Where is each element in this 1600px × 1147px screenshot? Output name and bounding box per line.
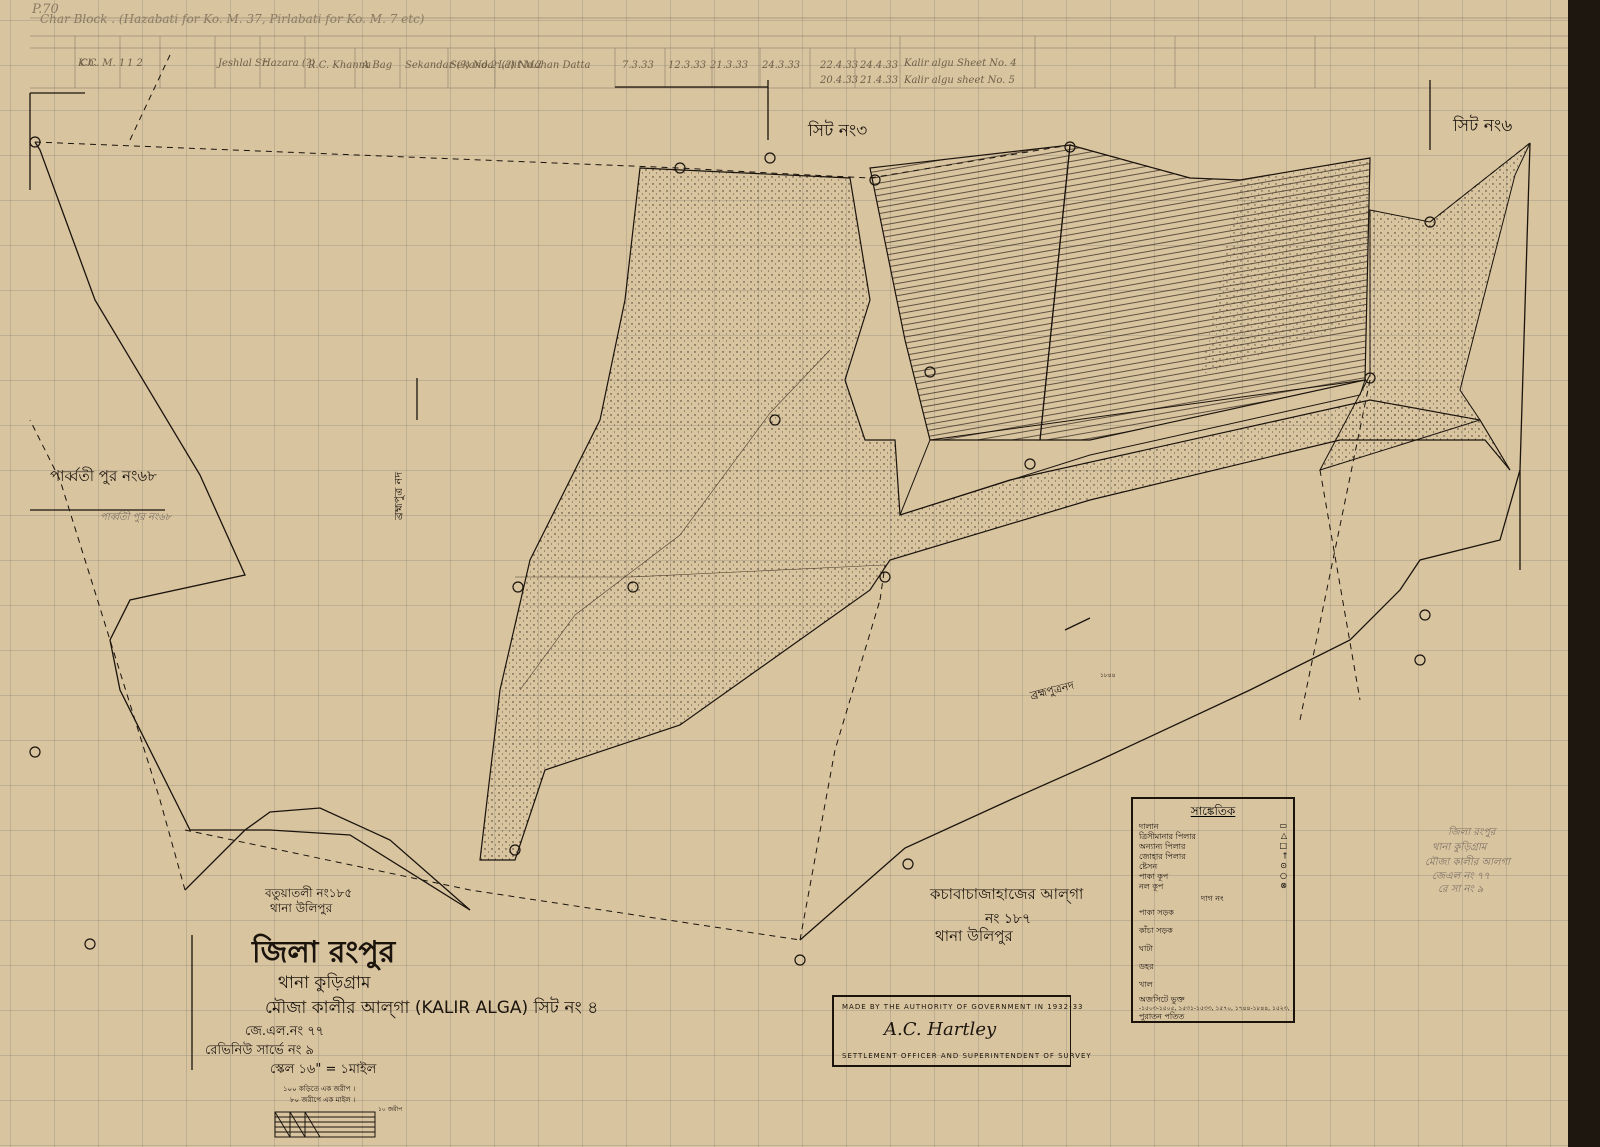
map-legend: সাঙ্কেতিক দালান ▭ ত্রিসীমানার পিলার △ অন…	[1131, 797, 1295, 1023]
adjacent-mouza-west: পার্ব্বতী পুর নং৬৮	[50, 465, 157, 490]
river-label-vertical: ব্রহ্মপুত্র নদ	[390, 472, 409, 520]
legend-label: অন্যান্য পিলার	[1139, 842, 1185, 851]
authority-box: MADE BY THE AUTHORITY OF GOVERNMENT IN 1…	[832, 995, 1071, 1067]
river-plot-number: ১৮৪৪	[1100, 670, 1116, 681]
scale-statement: স্কেল ১৬" = ১মাইল	[270, 1060, 376, 1081]
building-icon: ▭	[1279, 821, 1287, 830]
signature: A.C. Hartley	[884, 1019, 996, 1040]
legend-pucca-road: পাকা সড়ক	[1139, 907, 1174, 920]
scale-note-2: ৮০ জরীপে এক মাইল ।	[290, 1094, 355, 1106]
station-icon: ⊙	[1280, 861, 1287, 870]
tube-well-icon: ⊗	[1280, 881, 1287, 890]
legend-title: সাঙ্কেতিক	[1133, 803, 1293, 823]
legend-kutcha-road: কাঁচা সড়ক	[1139, 925, 1173, 938]
pencil-note-west: পার্ব্বতী পুর নং৬৮	[100, 510, 171, 527]
revenue-survey-number: রেভিনিউ সার্ভে নং ৯	[205, 1041, 314, 1062]
legend-dahar: ডহর	[1139, 961, 1154, 974]
scale-bar	[275, 1112, 375, 1137]
authority-line-1: MADE BY THE AUTHORITY OF GOVERNMENT IN 1…	[842, 1003, 1084, 1011]
square-icon: □	[1279, 841, 1287, 850]
map-sheet: P.70 Char Block . (Hazabati for Ko. M. 3…	[0, 0, 1568, 1147]
authority-line-2: SETTLEMENT OFFICER AND SUPERINTENDENT OF…	[842, 1052, 1092, 1060]
legend-label: ত্রিসীমানার পিলার	[1139, 832, 1196, 841]
legend-ghat: ঘাটা	[1139, 943, 1153, 956]
triangle-icon: △	[1281, 831, 1287, 840]
dagger-icon: †	[1283, 851, 1287, 860]
scale-bar-label: ১০ জরীপ	[378, 1104, 402, 1115]
adjacent-thana-southwest: থানা উলিপুর	[270, 900, 332, 920]
scan-border	[1568, 0, 1600, 1147]
pencil-line-5: রে সা নং ৯	[1438, 882, 1483, 899]
legend-label: জোহার পিলার	[1139, 852, 1186, 861]
legend-label: পাকা কূপ	[1139, 872, 1168, 881]
adjacent-thana-southeast: থানা উলিপুর	[935, 925, 1013, 950]
adjacent-sheet-northeast: সিট নং৬	[1453, 113, 1512, 141]
cadastral-map-drawing	[0, 0, 1568, 1147]
mouza-line: মৌজা কালীর আল্‌গা (KALIR ALGA) সিট নং ৪	[265, 995, 598, 1023]
header-grid	[30, 18, 1568, 88]
adjacent-sheet-north: সিট নং৩	[808, 118, 867, 146]
well-icon: ○	[1280, 871, 1287, 880]
legend-label: দালান	[1139, 822, 1159, 831]
plot-block-west	[870, 145, 1070, 440]
legend-old-fallow: পুরাতন পতিত	[1139, 1011, 1184, 1024]
jl-number: জে.এল.নং ৭৭	[245, 1022, 324, 1043]
legend-dag-label: দাগ নং	[1201, 893, 1224, 906]
legend-label: নল কূপ	[1139, 882, 1163, 891]
legend-canal: খাল	[1139, 979, 1153, 992]
thana-line: থানা কুড়িগ্রাম	[278, 970, 370, 998]
legend-item-tube-well: নল কূপ	[1139, 881, 1163, 894]
adjacent-mouza-southeast: কচাবাচাজাহাজের আল্‌গা	[930, 883, 1083, 908]
legend-label: ষ্টেসন	[1139, 862, 1157, 871]
